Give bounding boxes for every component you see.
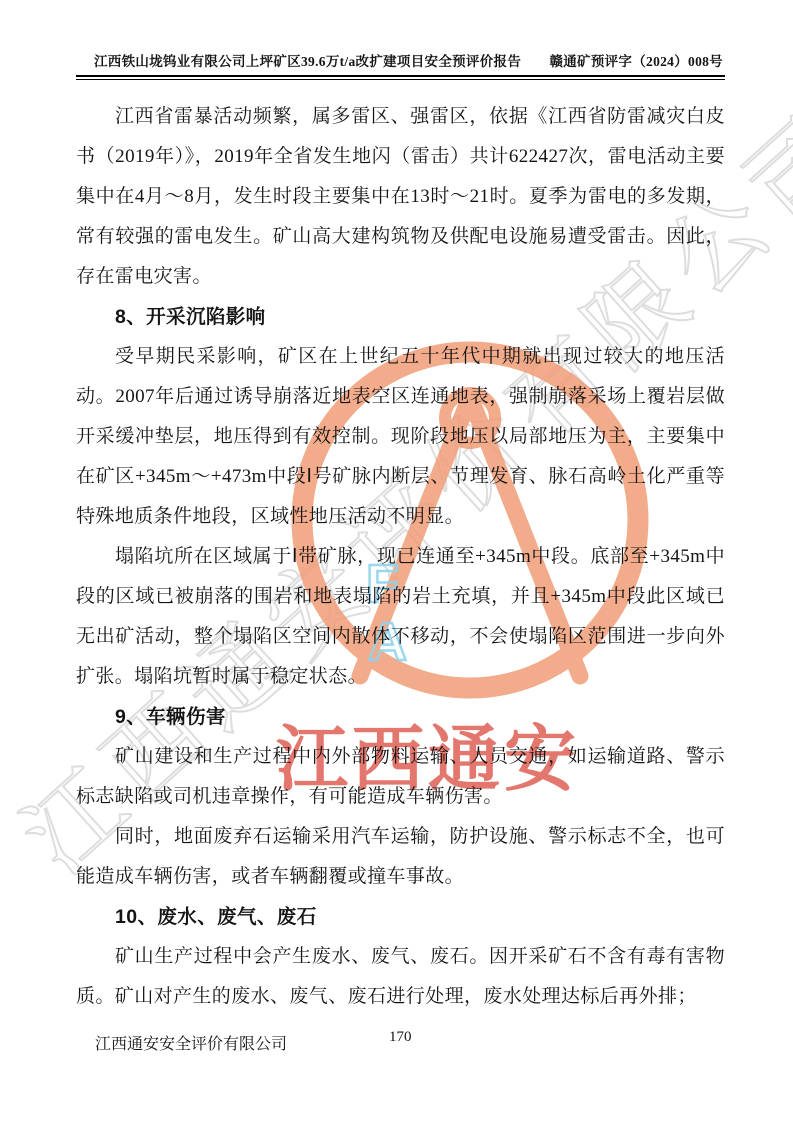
footer-page-number: 170 — [389, 1029, 412, 1046]
body-paragraph: 矿山建设和生产过程中内外部物料运输、人员交通，如运输道路、警示标志缺陷或司机违章… — [76, 737, 725, 817]
section-heading: 10、废水、废气、废石 — [76, 897, 725, 937]
document-body: 江西省雷暴活动频繁，属多雷区、强雷区，依据《江西省防雷减灾白皮书（2019年）》… — [76, 97, 725, 1017]
body-paragraph: 受早期民采影响，矿区在上世纪五十年代中期就出现过较大的地压活动。2007年后通过… — [76, 337, 725, 537]
footer-company-name: 江西通安安全评价有限公司 — [95, 1031, 287, 1054]
body-paragraph: 塌陷坑所在区域属于Ⅰ带矿脉，现已连通至+345m中段。底部至+345m中段的区域… — [76, 537, 725, 697]
header-doc-number: 赣通矿预评字（2024）008号 — [549, 50, 723, 70]
document-content: 江西铁山垅钨业有限公司上坪矿区39.6万t/a改扩建项目安全预评价报告 赣通矿预… — [76, 50, 725, 1017]
header-rule — [76, 75, 725, 80]
header-report-title: 江西铁山垅钨业有限公司上坪矿区39.6万t/a改扩建项目安全预评价报告 — [94, 50, 521, 70]
page-header: 江西铁山垅钨业有限公司上坪矿区39.6万t/a改扩建项目安全预评价报告 赣通矿预… — [76, 50, 725, 75]
body-paragraph: 同时，地面废弃石运输采用汽车运输，防护设施、警示标志不全，也可能造成车辆伤害，或… — [76, 817, 725, 897]
section-heading: 9、车辆伤害 — [76, 697, 725, 737]
section-heading: 8、开采沉陷影响 — [76, 297, 725, 337]
body-paragraph: 矿山生产过程中会产生废水、废气、废石。因开采矿石不含有毒有害物质。矿山对产生的废… — [76, 937, 725, 1017]
body-paragraph: 江西省雷暴活动频繁，属多雷区、强雷区，依据《江西省防雷减灾白皮书（2019年）》… — [76, 97, 725, 297]
document-page: 江西通安评价有限公司 F A 江西通安 江西铁山垅钨业有限公司上坪矿区39.6万… — [0, 0, 793, 1122]
